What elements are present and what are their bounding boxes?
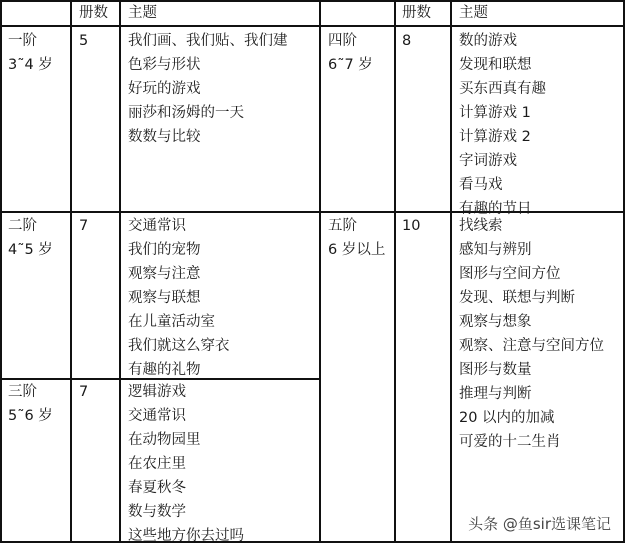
header-count-left: 册数 bbox=[79, 1, 108, 25]
header-divider bbox=[0, 25, 625, 27]
level-cell: 三阶 5˜6 岁 bbox=[8, 380, 53, 428]
header-topic-right: 主题 bbox=[459, 1, 488, 25]
topic-item: 数与数学 bbox=[128, 500, 244, 524]
topic-item: 观察与想象 bbox=[459, 310, 604, 334]
topic-item: 感知与辨别 bbox=[459, 238, 604, 262]
col-divider-4 bbox=[394, 0, 396, 543]
table-border-left bbox=[0, 0, 2, 543]
topic-item: 春夏秋冬 bbox=[128, 476, 244, 500]
topic-item: 色彩与形状 bbox=[128, 53, 288, 77]
topic-item: 推理与判断 bbox=[459, 382, 604, 406]
level-name: 一阶 bbox=[8, 29, 53, 53]
topic-item: 在动物园里 bbox=[128, 428, 244, 452]
count-cell: 5 bbox=[79, 29, 88, 53]
topic-item: 我们就这么穿衣 bbox=[128, 334, 230, 358]
table-border-right bbox=[623, 0, 625, 543]
topic-item: 20 以内的加减 bbox=[459, 406, 604, 430]
topic-item: 观察、注意与空间方位 bbox=[459, 334, 604, 358]
topic-item: 数数与比较 bbox=[128, 125, 288, 149]
level-age: 5˜6 岁 bbox=[8, 404, 53, 428]
topics-cell: 逻辑游戏 交通常识 在动物园里 在农庄里 春夏秋冬 数与数学 这些地方你去过吗 bbox=[128, 380, 244, 544]
topic-item: 图形与空间方位 bbox=[459, 262, 604, 286]
level-age: 3˜4 岁 bbox=[8, 53, 53, 77]
topics-cell: 交通常识 我们的宠物 观察与注意 观察与联想 在儿童活动室 我们就这么穿衣 有趣… bbox=[128, 214, 230, 382]
topic-item: 观察与注意 bbox=[128, 262, 230, 286]
count-cell: 10 bbox=[402, 214, 420, 238]
level-age: 4˜5 岁 bbox=[8, 238, 53, 262]
topic-item: 数的游戏 bbox=[459, 29, 546, 53]
header-count-right: 册数 bbox=[402, 1, 431, 25]
topic-item: 好玩的游戏 bbox=[128, 77, 288, 101]
topic-item: 发现、联想与判断 bbox=[459, 286, 604, 310]
topics-cell: 我们画、我们贴、我们建 色彩与形状 好玩的游戏 丽莎和汤姆的一天 数数与比较 bbox=[128, 29, 288, 149]
col-divider-3 bbox=[319, 0, 321, 543]
header-topic-left: 主题 bbox=[128, 1, 157, 25]
topic-item: 在儿童活动室 bbox=[128, 310, 230, 334]
topic-item: 我们的宠物 bbox=[128, 238, 230, 262]
topic-item: 可爱的十二生肖 bbox=[459, 430, 604, 454]
col-divider-2 bbox=[119, 0, 121, 543]
topic-item: 找线索 bbox=[459, 214, 604, 238]
topic-item: 计算游戏 1 bbox=[459, 101, 546, 125]
topic-item: 看马戏 bbox=[459, 173, 546, 197]
col-divider-1 bbox=[70, 0, 72, 543]
topic-item: 这些地方你去过吗 bbox=[128, 524, 244, 544]
level-name: 二阶 bbox=[8, 214, 53, 238]
level-age: 6˜7 岁 bbox=[328, 53, 373, 77]
topic-item: 交通常识 bbox=[128, 404, 244, 428]
topic-item: 我们画、我们贴、我们建 bbox=[128, 29, 288, 53]
topic-item: 计算游戏 2 bbox=[459, 125, 546, 149]
topic-item: 在农庄里 bbox=[128, 452, 244, 476]
topics-cell: 找线索 感知与辨别 图形与空间方位 发现、联想与判断 观察与想象 观察、注意与空… bbox=[459, 214, 604, 454]
level-cell: 五阶 6 岁以上 bbox=[328, 214, 385, 262]
topic-item: 买东西真有趣 bbox=[459, 77, 546, 101]
level-name: 五阶 bbox=[328, 214, 385, 238]
count-cell: 8 bbox=[402, 29, 411, 53]
topic-item: 丽莎和汤姆的一天 bbox=[128, 101, 288, 125]
count-cell: 7 bbox=[79, 380, 88, 404]
level-age: 6 岁以上 bbox=[328, 238, 385, 262]
level-cell: 四阶 6˜7 岁 bbox=[328, 29, 373, 77]
topic-item: 交通常识 bbox=[128, 214, 230, 238]
topic-item: 逻辑游戏 bbox=[128, 380, 244, 404]
table-border-bottom bbox=[0, 541, 625, 543]
topics-cell: 数的游戏 发现和联想 买东西真有趣 计算游戏 1 计算游戏 2 字词游戏 看马戏… bbox=[459, 29, 546, 221]
col-divider-5 bbox=[450, 0, 452, 543]
topic-item: 图形与数量 bbox=[459, 358, 604, 382]
level-cell: 二阶 4˜5 岁 bbox=[8, 214, 53, 262]
topic-item: 发现和联想 bbox=[459, 53, 546, 77]
topic-item: 有趣的礼物 bbox=[128, 358, 230, 382]
topic-item: 字词游戏 bbox=[459, 149, 546, 173]
level-name: 三阶 bbox=[8, 380, 53, 404]
watermark: 头条 @鱼sir选课笔记 bbox=[468, 513, 611, 534]
level-cell: 一阶 3˜4 岁 bbox=[8, 29, 53, 77]
topic-item: 观察与联想 bbox=[128, 286, 230, 310]
count-cell: 7 bbox=[79, 214, 88, 238]
level-name: 四阶 bbox=[328, 29, 373, 53]
